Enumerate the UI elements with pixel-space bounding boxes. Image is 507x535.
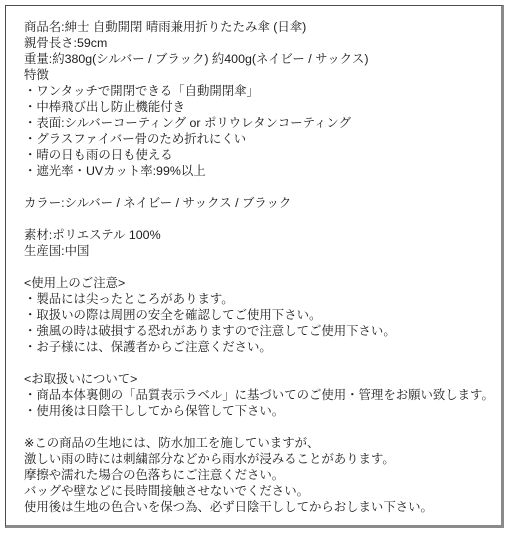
usage-notes-heading: <使用上のご注意> [24, 275, 495, 291]
handling-bullet: ・使用後は日陰干ししてから保管して下さい。 [24, 403, 495, 419]
feature-bullet: ・グラスファイバー骨のため折れにくい [24, 131, 495, 147]
feature-bullet: ・晴の日も雨の日も使える [24, 147, 495, 163]
section-product-spec: 商品名:紳士 自動開閉 晴雨兼用折りたたみ傘 (日傘) 親骨長さ:59cm 重量… [24, 19, 495, 179]
weight-line: 重量:約380g(シルバー / ブラック) 約400g(ネイビー / サックス) [24, 51, 495, 67]
handling-bullet: ・商品本体裏側の「品質表示ラベル」に基づいてのご使用・管理をお願い致します。 [24, 387, 495, 403]
product-description-panel: 商品名:紳士 自動開閉 晴雨兼用折りたたみ傘 (日傘) 親骨長さ:59cm 重量… [5, 5, 504, 528]
section-handling: <お取扱いについて> ・商品本体裏側の「品質表示ラベル」に基づいてのご使用・管理… [24, 371, 495, 419]
product-name-line: 商品名:紳士 自動開閉 晴雨兼用折りたたみ傘 (日傘) [24, 19, 495, 35]
usage-note-bullet: ・お子様には、保護者からご注意ください。 [24, 339, 495, 355]
usage-note-bullet: ・強風の時は破損する恐れがありますので注意してご使用下さい。 [24, 323, 495, 339]
usage-note-bullet: ・製品には尖ったところがあります。 [24, 291, 495, 307]
section-material: 素材:ポリエステル 100% 生産国:中国 [24, 227, 495, 259]
rib-length-line: 親骨長さ:59cm [24, 35, 495, 51]
material-line: 素材:ポリエステル 100% [24, 227, 495, 243]
fabric-note-line: 激しい雨の時には刺繍部分などから雨水が浸みることがあります。 [24, 451, 495, 467]
fabric-note-line: 摩擦や濡れた場合の色落ちにご注意ください。 [24, 467, 495, 483]
section-color: カラー:シルバー / ネイビー / サックス / ブラック [24, 195, 495, 211]
country-of-origin-line: 生産国:中国 [24, 243, 495, 259]
feature-bullet: ・ワンタッチで開閉できる「自動開閉傘」 [24, 83, 495, 99]
fabric-note-line: ※この商品の生地には、防水加工を施していますが、 [24, 435, 495, 451]
features-heading: 特徴 [24, 67, 495, 83]
fabric-note-line: 使用後は生地の色合いを保つ為、必ず日陰干ししてからおしまい下さい。 [24, 499, 495, 515]
handling-heading: <お取扱いについて> [24, 371, 495, 387]
color-line: カラー:シルバー / ネイビー / サックス / ブラック [24, 195, 495, 211]
usage-note-bullet: ・取扱いの際は周囲の安全を確認してご使用下さい。 [24, 307, 495, 323]
section-fabric-note: ※この商品の生地には、防水加工を施していますが、 激しい雨の時には刺繍部分などか… [24, 435, 495, 515]
feature-bullet: ・中棒飛び出し防止機能付き [24, 99, 495, 115]
feature-bullet: ・遮光率・UVカット率:99%以上 [24, 163, 495, 179]
section-usage-notes: <使用上のご注意> ・製品には尖ったところがあります。 ・取扱いの際は周囲の安全… [24, 275, 495, 355]
fabric-note-line: バッグや壁などに長時間接触させないでください。 [24, 483, 495, 499]
feature-bullet: ・表面:シルバーコーティング or ポリウレタンコーティング [24, 115, 495, 131]
